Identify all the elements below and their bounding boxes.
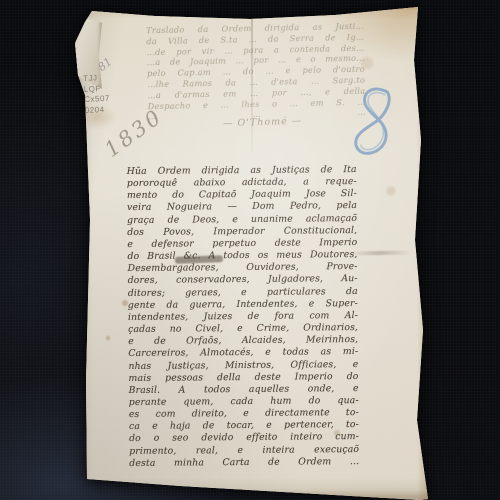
faded-header-note: Traslado da Ordem dirigida as Justi…da V… [146,21,366,123]
manuscript-line: desta minha Carta de Ordem … [129,456,359,470]
paper-shadow: Traslado da Ordem dirigida as Justi…da V… [75,5,431,500]
figure-eight-mark [348,83,404,174]
manuscript-body-text: Hũa Ordem dirigida as Justiças de Itapor… [127,164,360,470]
archive-code-stamp: TJJLQFCx5070204 [83,72,125,116]
photo-background: Traslado da Ordem dirigida as Justi…da V… [0,0,500,500]
archive-code-line: 0204 [85,103,125,116]
manuscript-page: Traslado da Ordem dirigida as Justi…da V… [75,5,431,500]
faded-flourish-signature: — O'Thomé — [223,116,303,130]
blue-pencil-page-number: 8 [348,83,404,174]
pencil-smudge [347,250,413,255]
